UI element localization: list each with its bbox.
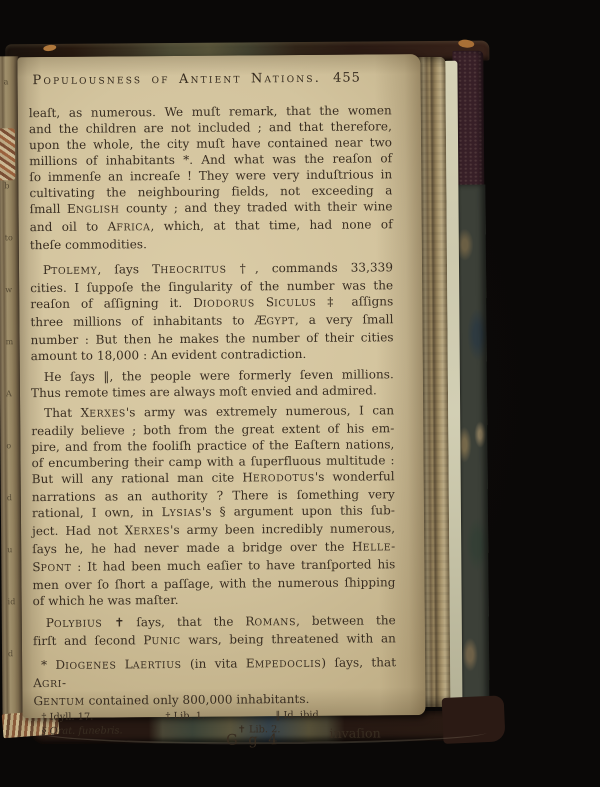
- paragraph: POLYBIUS ✝ ſays, that the ROMANS, betwee…: [33, 612, 396, 651]
- paragraph-continuation: leaſt, as numerous. We muſt remark, that…: [29, 102, 393, 253]
- catchword: invaſion: [329, 725, 380, 740]
- footnote-text: * DIOGENES LAERTIUS (in vita EMPEDOCLIS)…: [33, 654, 396, 711]
- text-line: men over ſo ſhort a paſſage, with the nu…: [32, 574, 395, 593]
- signature-mark: G g 4: [226, 732, 280, 748]
- paragraph: He ſays ‖, the people were formerly ſeve…: [31, 366, 394, 401]
- signature-row: G g 4 invaſion: [34, 735, 397, 760]
- page-number: 455: [333, 71, 361, 87]
- text-line: d: [2, 628, 23, 680]
- text-line: number : But then he makes the number of…: [31, 329, 394, 348]
- text-line: id: [1, 576, 22, 628]
- text-line: to: [0, 212, 20, 264]
- book-photo: aubtowmAoduidd Populousness of Antient N…: [0, 0, 600, 787]
- footnote-ref: † Idyll. 17.: [41, 710, 165, 724]
- paragraph: PTOLEMY, ſays THEOCRITUS †, commands 33,…: [30, 259, 394, 364]
- book-page: Populousness of Antient Nations. 455 lea…: [17, 54, 425, 718]
- text-line: theſe commodities.: [30, 234, 393, 253]
- text-line: m: [0, 316, 21, 368]
- header-title: Populousness of Antient Nations.: [32, 71, 321, 89]
- running-header: Populousness of Antient Nations. 455: [32, 70, 391, 89]
- text-line: o: [0, 420, 21, 472]
- text-line: a: [0, 56, 19, 108]
- text-line: d: [1, 472, 22, 524]
- photo-background: aubtowmAoduidd Populousness of Antient N…: [0, 0, 600, 787]
- text-line: u: [1, 524, 22, 576]
- text-line: * DIOGENES LAERTIUS (in vita EMPEDOCLIS)…: [33, 654, 396, 693]
- text-line: of which he was maſter.: [33, 590, 396, 609]
- text-line: Thus remote times are always moſt envied…: [31, 382, 394, 401]
- text-line: A: [0, 368, 21, 420]
- text-line: amount to 18,000 : An evident contradict…: [31, 345, 394, 364]
- footnote-ref: ‖ Id. ibid.: [275, 708, 396, 722]
- text-line: w: [0, 264, 20, 316]
- paragraph: That XERXES's army was extremely numerou…: [31, 402, 396, 609]
- page-content: Populousness of Antient Nations. 455 lea…: [17, 54, 425, 718]
- text-line: and oil to AFRICA, which, at that time, …: [30, 216, 393, 237]
- headband: [0, 128, 15, 180]
- text-line: firſt and ſecond PUNIC wars, being threa…: [33, 630, 396, 651]
- footnote-ref: ‡ Lib. 1.: [165, 709, 275, 723]
